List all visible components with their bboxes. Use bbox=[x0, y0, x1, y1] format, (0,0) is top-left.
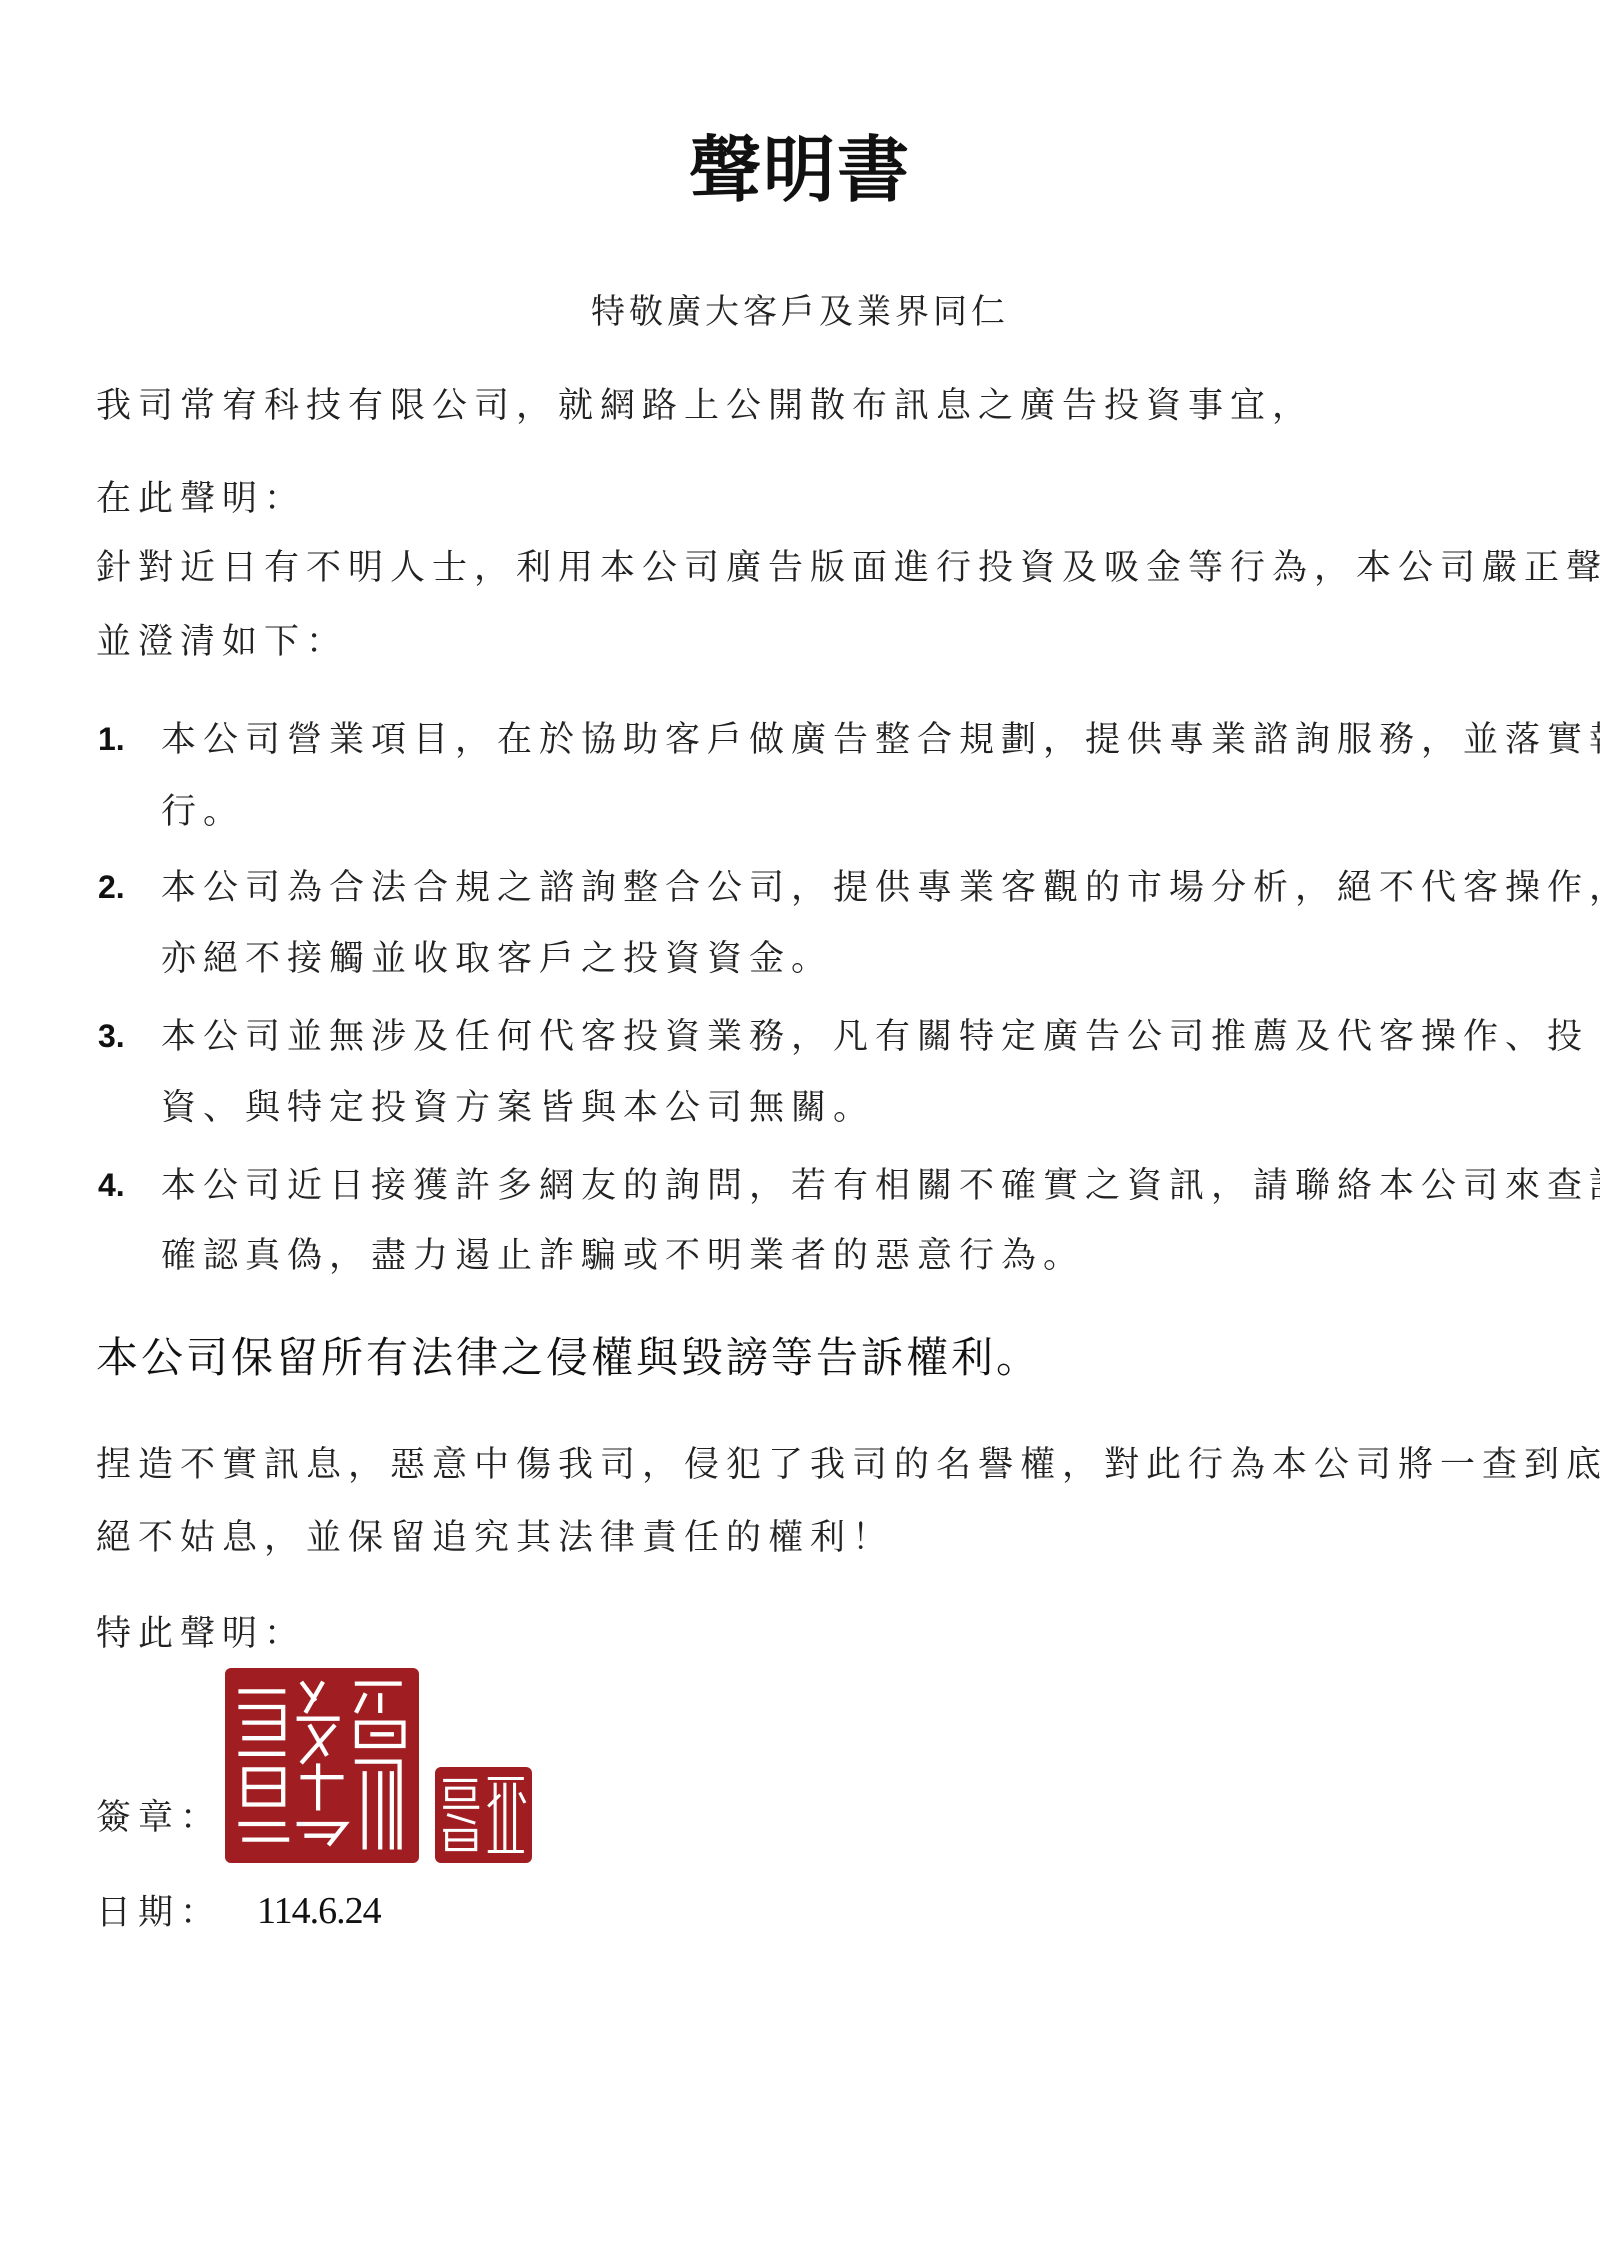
document-title: 聲明書 bbox=[0, 128, 1600, 212]
declare-label: 在此聲明： bbox=[96, 477, 306, 521]
date-label: 日期： bbox=[96, 1891, 222, 1935]
company-seal-large bbox=[225, 1668, 419, 1863]
salutation: 特敬廣大客戶及業界同仁 bbox=[0, 290, 1600, 334]
warning-line-1: 捏造不實訊息，惡意中傷我司，侵犯了我司的名譽權，對此行為本公司將一查到底， bbox=[96, 1443, 1600, 1487]
intro-paragraph: 我司常宥科技有限公司，就網路上公開散布訊息之廣告投資事宜， bbox=[96, 384, 1314, 428]
list-item-number: 1. bbox=[98, 721, 125, 758]
rights-statement: 本公司保留所有法律之侵權與毀謗等告訴權利。 bbox=[96, 1332, 1041, 1384]
preamble-line-1: 針對近日有不明人士，利用本公司廣告版面進行投資及吸金等行為，本公司嚴正聲明 bbox=[96, 546, 1600, 590]
signature-label: 簽章： bbox=[96, 1796, 222, 1840]
list-item-line: 亦絕不接觸並收取客戶之投資資金。 bbox=[161, 937, 833, 981]
list-item-line: 資、與特定投資方案皆與本公司無關。 bbox=[161, 1086, 875, 1130]
date-value: 114.6.24 bbox=[257, 1889, 381, 1933]
list-item-line: 本公司營業項目，在於協助客戶做廣告整合規劃，提供專業諮詢服務，並落實執 bbox=[161, 718, 1600, 762]
company-seal-small bbox=[435, 1767, 532, 1863]
list-item-number: 4. bbox=[98, 1167, 125, 1204]
list-item-number: 3. bbox=[98, 1018, 125, 1055]
list-item-line: 本公司近日接獲許多網友的詢問，若有相關不確實之資訊，請聯絡本公司來查詢 bbox=[161, 1164, 1600, 1208]
closing-text: 特此聲明： bbox=[96, 1612, 306, 1656]
list-item-line: 確認真偽，盡力遏止詐騙或不明業者的惡意行為。 bbox=[161, 1234, 1085, 1278]
preamble-line-2: 並澄清如下： bbox=[96, 620, 348, 664]
seal-glyph-icon bbox=[435, 1767, 532, 1863]
seal-glyph-icon bbox=[225, 1668, 419, 1863]
list-item-number: 2. bbox=[98, 869, 125, 906]
warning-line-2: 絕不姑息，並保留追究其法律責任的權利！ bbox=[96, 1516, 894, 1560]
list-item-line: 本公司為合法合規之諮詢整合公司，提供專業客觀的市場分析，絕不代客操作， bbox=[161, 866, 1600, 910]
list-item-line: 本公司並無涉及任何代客投資業務，凡有關特定廣告公司推薦及代客操作、投 bbox=[161, 1015, 1589, 1059]
list-item-line: 行。 bbox=[161, 790, 245, 834]
